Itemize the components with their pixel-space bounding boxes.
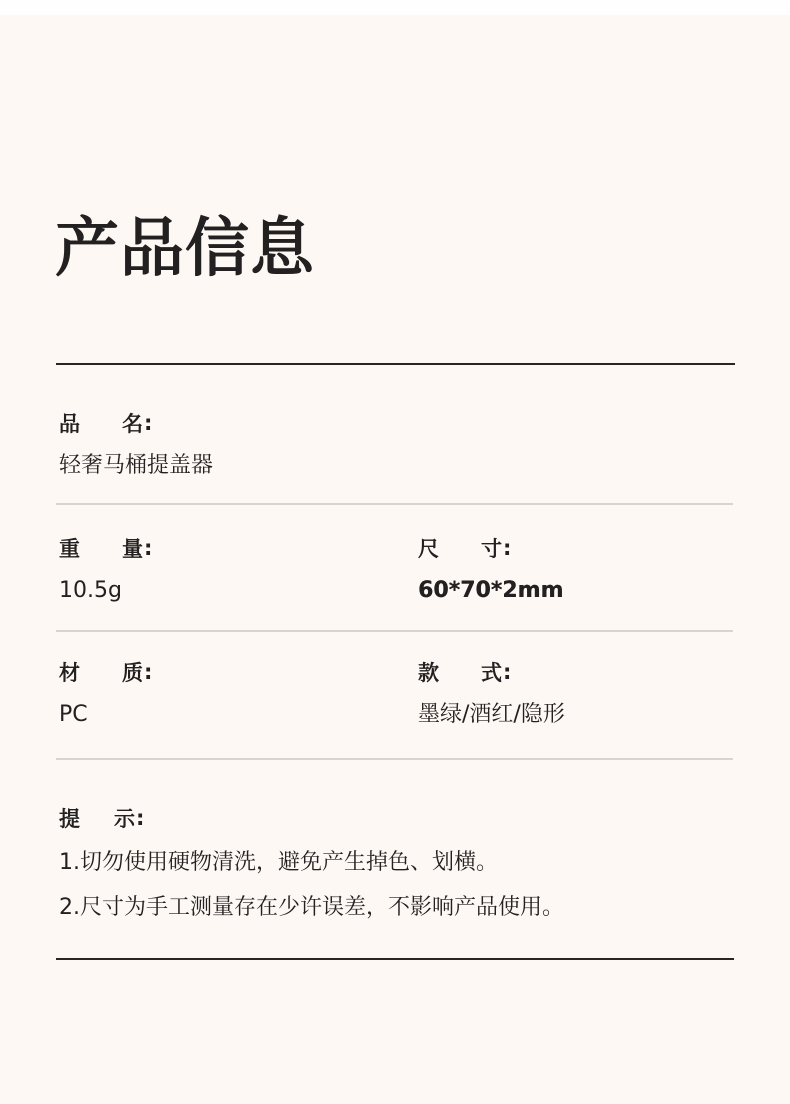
tip-line-1: 1.切勿使用硬物清洗，避免产生掉色、划横。 (59, 848, 564, 878)
field-value: 60*70*2mm (418, 576, 563, 606)
divider (56, 630, 733, 632)
product-info-page: 产品信息 品名: 轻奢马桶提盖器 重量: 10.5g 尺寸: 60*70*2mm… (0, 15, 790, 1104)
field-material: 材质: PC (59, 657, 152, 730)
field-product-name: 品名: 轻奢马桶提盖器 (59, 408, 213, 481)
field-value: 10.5g (59, 576, 152, 606)
field-value: PC (59, 700, 152, 730)
tips-section: 提示: 1.切勿使用硬物清洗，避免产生掉色、划横。 2.尺寸为手工测量存在少许误… (59, 803, 564, 923)
field-label: 重量: (59, 533, 152, 563)
field-label: 品名: (59, 408, 213, 438)
divider (56, 758, 733, 760)
field-value: 轻奢马桶提盖器 (59, 451, 213, 481)
field-label: 款式: (418, 657, 565, 687)
tips-label: 提示: (59, 803, 564, 833)
tip-line-2: 2.尺寸为手工测量存在少许误差，不影响产品使用。 (59, 893, 564, 923)
field-label: 材质: (59, 657, 152, 687)
field-style: 款式: 墨绿/酒红/隐形 (418, 657, 565, 730)
top-divider (56, 363, 735, 365)
divider (56, 503, 733, 505)
field-label: 尺寸: (418, 533, 563, 563)
page-title: 产品信息 (55, 205, 315, 293)
field-weight: 重量: 10.5g (59, 533, 152, 606)
bottom-divider (56, 958, 734, 960)
field-size: 尺寸: 60*70*2mm (418, 533, 563, 606)
field-value: 墨绿/酒红/隐形 (418, 700, 565, 730)
